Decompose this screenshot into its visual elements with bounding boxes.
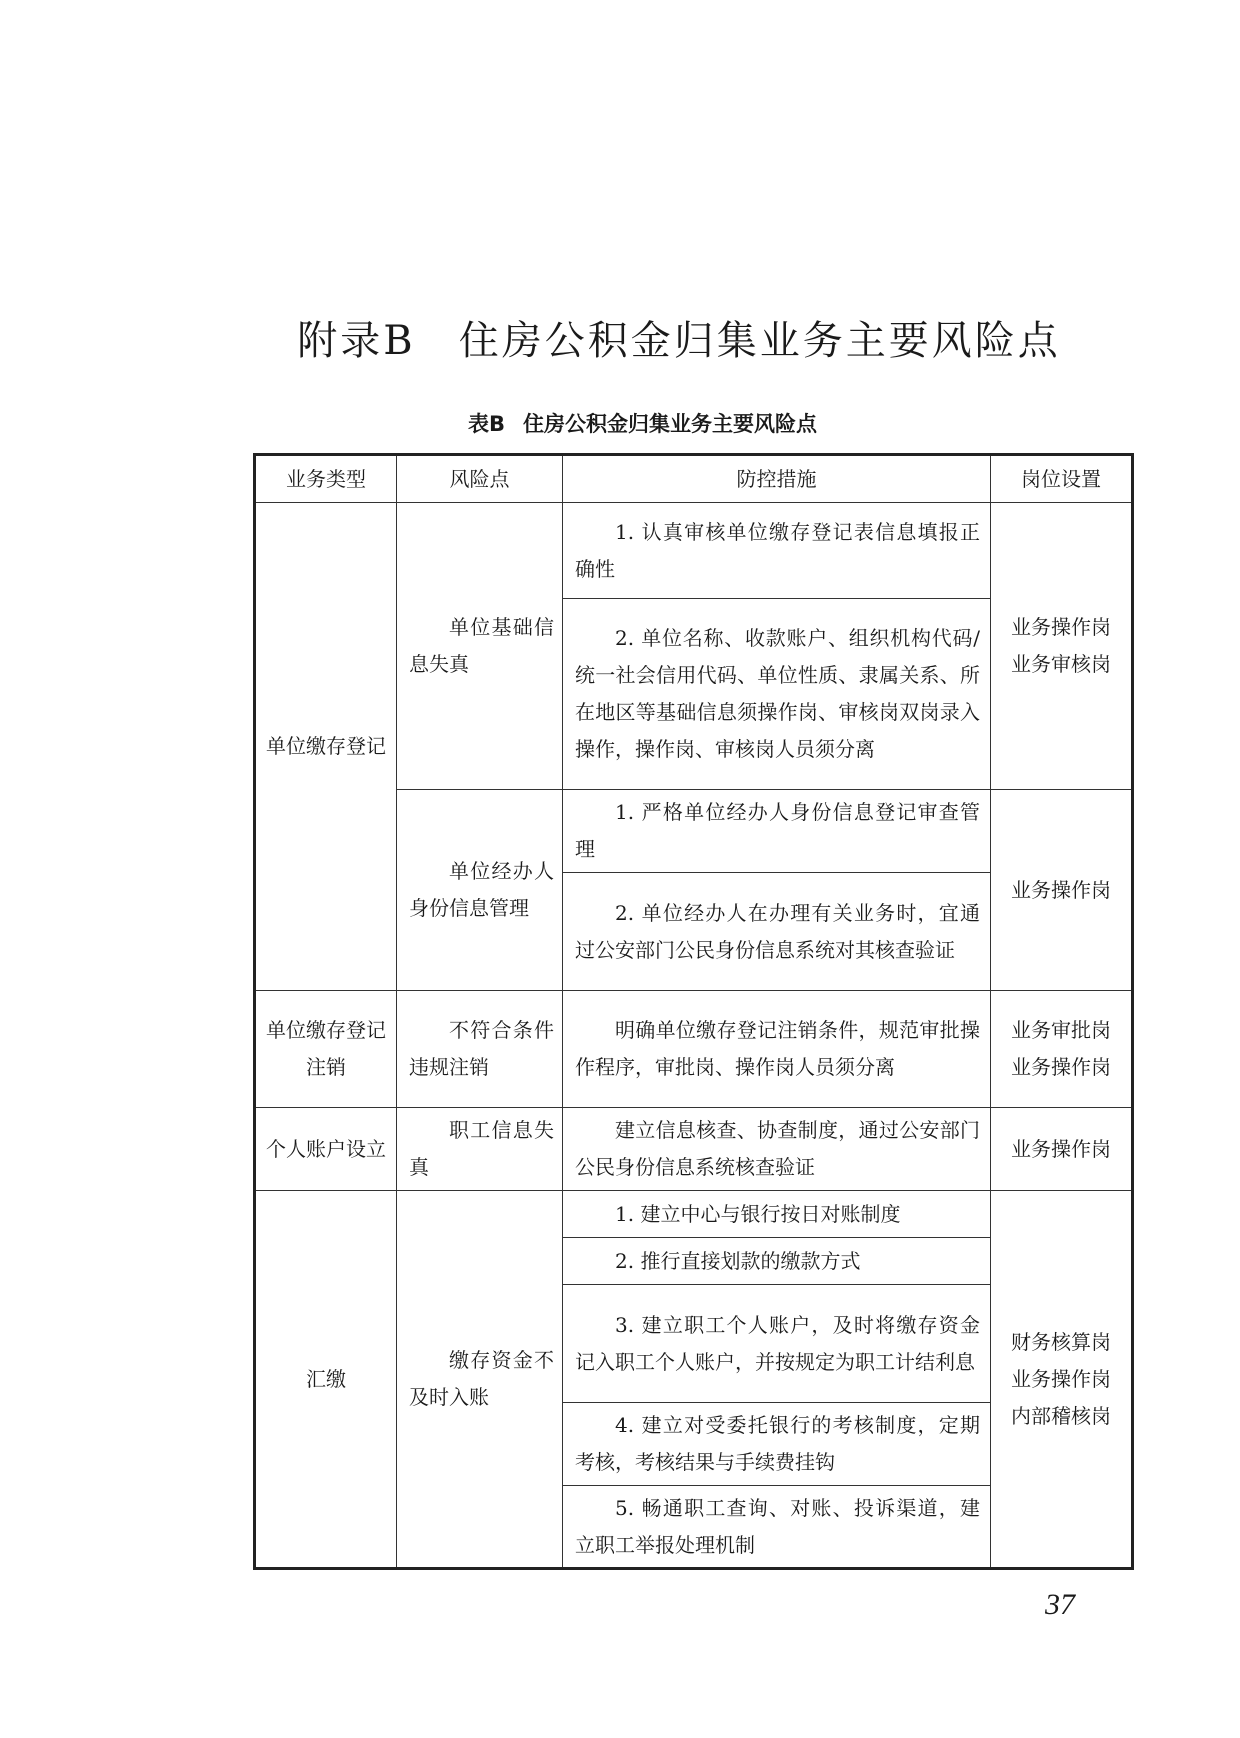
page-number: 37 [1045,1588,1075,1622]
post-item: 业务操作岗 [995,872,1127,909]
business-type-cell: 单位缴存登记注销 [255,991,397,1108]
post-item: 业务操作岗 [995,609,1127,646]
post-cell: 业务审批岗 业务操作岗 [991,991,1133,1108]
risk-point-cell: 不符合条件违规注销 [397,991,563,1108]
post-cell: 财务核算岗 业务操作岗 内部稽核岗 [991,1191,1133,1569]
table-row: 个人账户设立 职工信息失真 建立信息核查、协查制度，通过公安部门公民身份信息系统… [255,1108,1133,1191]
business-type-cell: 汇缴 [255,1191,397,1569]
measure-cell: 1. 认真审核单位缴存登记表信息填报正确性 [563,503,991,599]
post-item: 财务核算岗 [995,1324,1127,1361]
table-caption-label: 表B [468,412,505,436]
post-cell: 业务操作岗 [991,790,1133,991]
risk-point-cell: 职工信息失真 [397,1108,563,1191]
measure-cell: 3. 建立职工个人账户，及时将缴存资金记入职工个人账户，并按规定为职工计结利息 [563,1285,991,1403]
header-post-setting: 岗位设置 [991,455,1133,503]
post-item: 业务审批岗 [995,1012,1127,1049]
post-item: 业务操作岗 [995,1131,1127,1168]
table-header-row: 业务类型 风险点 防控措施 岗位设置 [255,455,1133,503]
post-item: 内部稽核岗 [995,1398,1127,1435]
table-caption: 表B住房公积金归集业务主要风险点 [0,408,1240,438]
table-row: 单位缴存登记注销 不符合条件违规注销 明确单位缴存登记注销条件，规范审批操作程序… [255,991,1133,1108]
measure-cell: 4. 建立对受委托银行的考核制度，定期考核，考核结果与手续费挂钩 [563,1403,991,1486]
risk-point-cell: 缴存资金不及时入账 [397,1191,563,1569]
post-item: 业务操作岗 [995,1049,1127,1086]
measure-cell: 2. 推行直接划款的缴款方式 [563,1238,991,1285]
header-risk-point: 风险点 [397,455,563,503]
post-item: 业务审核岗 [995,646,1127,683]
risk-point-cell: 单位经办人身份信息管理 [397,790,563,991]
business-type-cell: 个人账户设立 [255,1108,397,1191]
measure-cell: 明确单位缴存登记注销条件，规范审批操作程序，审批岗、操作岗人员须分离 [563,991,991,1108]
measure-cell: 1. 严格单位经办人身份信息登记审查管理 [563,790,991,873]
measure-cell: 2. 单位名称、收款账户、组织机构代码/统一社会信用代码、单位性质、隶属关系、所… [563,599,991,790]
table-row: 单位缴存登记 单位基础信息失真 1. 认真审核单位缴存登记表信息填报正确性 业务… [255,503,1133,599]
business-type-cell: 单位缴存登记 [255,503,397,991]
measure-cell: 建立信息核查、协查制度，通过公安部门公民身份信息系统核查验证 [563,1108,991,1191]
post-cell: 业务操作岗 业务审核岗 [991,503,1133,790]
risk-point-cell: 单位基础信息失真 [397,503,563,790]
measure-cell: 2. 单位经办人在办理有关业务时，宜通过公安部门公民身份信息系统对其核查验证 [563,873,991,991]
risk-points-table: 业务类型 风险点 防控措施 岗位设置 单位缴存登记 单位基础信息失真 1. 认真… [253,453,1134,1570]
table-row: 汇缴 缴存资金不及时入账 1. 建立中心与银行按日对账制度 财务核算岗 业务操作… [255,1191,1133,1238]
post-cell: 业务操作岗 [991,1108,1133,1191]
measure-cell: 5. 畅通职工查询、对账、投诉渠道，建立职工举报处理机制 [563,1486,991,1569]
post-item: 业务操作岗 [995,1361,1127,1398]
page-title: 附录B 住房公积金归集业务主要风险点 [0,309,1240,366]
table-caption-text: 住房公积金归集业务主要风险点 [523,412,817,436]
header-business-type: 业务类型 [255,455,397,503]
header-control-measures: 防控措施 [563,455,991,503]
measure-cell: 1. 建立中心与银行按日对账制度 [563,1191,991,1238]
